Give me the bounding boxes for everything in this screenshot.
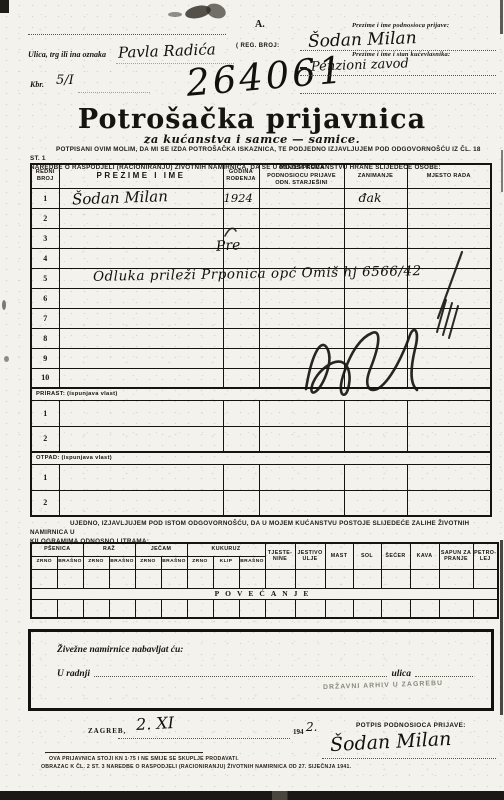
owner-line	[300, 74, 496, 76]
empty-cell	[31, 569, 57, 588]
top-left-rule	[28, 33, 226, 35]
empty-cell	[135, 569, 161, 588]
empty-cell	[223, 328, 259, 348]
member-name-handwritten: Šodan Milan	[59, 187, 167, 209]
empty-cell	[407, 464, 491, 490]
header-psenica: PŠENICA	[31, 543, 83, 556]
empty-cell	[407, 208, 491, 228]
empty-cell	[259, 400, 344, 426]
empty-cell	[407, 426, 491, 452]
empty-cell	[344, 308, 407, 328]
empty-cell	[344, 400, 407, 426]
empty-cell	[223, 400, 259, 426]
fineprint-rule	[45, 752, 203, 753]
empty-cell	[59, 490, 223, 516]
street-underline	[116, 62, 234, 64]
header-raz: RAŽ	[83, 543, 135, 556]
kbr-label: Kbr.	[30, 80, 44, 89]
empty-cell	[223, 208, 259, 228]
supplies-empty-row-2	[31, 599, 498, 618]
header-kava: KAVA	[410, 543, 439, 569]
empty-cell	[407, 288, 491, 308]
row-number: 7	[31, 308, 59, 328]
form-title: Potrošačka prijavnica	[0, 104, 504, 135]
sub-klip: KLIP	[213, 556, 239, 569]
header-mjesto-rada: MJESTO RADA	[407, 164, 491, 188]
household-row-2: 2	[31, 208, 491, 228]
empty-cell	[59, 208, 223, 228]
sub-brasno: BRAŠNO	[161, 556, 187, 569]
empty-cell	[410, 569, 439, 588]
owner-value-handwritten: Penzioni zavod	[311, 56, 409, 74]
shop-fill-line	[94, 668, 387, 677]
empty-cell	[381, 599, 410, 618]
empty-cell	[57, 599, 83, 618]
signature-line	[322, 757, 496, 759]
scan-speck	[2, 300, 6, 310]
purchase-intro: Živežne namirnice nabavljat ću:	[57, 645, 183, 655]
prirast-row-2: 2	[31, 426, 491, 452]
street-label-box: ulica	[391, 669, 411, 679]
empty-cell	[473, 569, 498, 588]
empty-cell	[473, 599, 498, 618]
header-odnos: ODNOS PREMA PODNOSIOCU PRIJAVE ODN. STAR…	[259, 164, 344, 188]
scan-bottom-band	[0, 791, 504, 800]
street-fill-line	[415, 668, 473, 677]
household-table: REDNI BROJ PREZIME I IME GODINA ROĐENJA …	[30, 163, 492, 517]
row-number: 8	[31, 328, 59, 348]
sub-brasno: BRAŠNO	[109, 556, 135, 569]
empty-cell	[213, 569, 239, 588]
header-jecam: JEČAM	[135, 543, 187, 556]
empty-cell	[161, 599, 187, 618]
empty-cell	[381, 569, 410, 588]
empty-cell	[353, 569, 381, 588]
empty-cell	[259, 328, 344, 348]
household-row-3: 3	[31, 228, 491, 248]
date-handwritten: 2. XI	[136, 713, 175, 734]
empty-cell	[59, 464, 223, 490]
empty-cell	[135, 599, 161, 618]
empty-cell	[325, 569, 353, 588]
archive-stamp: DRŽAVNI ARHIV U ZAGREBU	[323, 680, 443, 691]
sub-zrno: ZRNO	[31, 556, 57, 569]
row-number: 1	[31, 464, 59, 490]
empty-cell	[344, 228, 407, 248]
otpad-row-1: 1	[31, 464, 491, 490]
section-letter: A.	[255, 19, 265, 30]
header-kukuruz: KUKURUZ	[187, 543, 265, 556]
empty-cell	[344, 208, 407, 228]
year-printed: 194	[293, 728, 304, 736]
household-row-6: 6	[31, 288, 491, 308]
row-number: 10	[31, 368, 59, 388]
row-number: 2	[31, 426, 59, 452]
empty-cell	[344, 464, 407, 490]
sub-brasno: BRAŠNO	[57, 556, 83, 569]
shop-label: U radnji	[57, 669, 90, 679]
header-mast: MAST	[325, 543, 353, 569]
header-zanimanje: ZANIMANJE	[344, 164, 407, 188]
row-number: 3	[31, 228, 59, 248]
empty-cell	[213, 599, 239, 618]
empty-cell	[239, 569, 265, 588]
scan-smudge	[204, 1, 228, 21]
street-label: Ulica, trg ili ina oznaka	[28, 50, 106, 59]
row-number: 1	[31, 400, 59, 426]
row-number: 5	[31, 268, 59, 288]
empty-cell	[344, 348, 407, 368]
empty-cell	[325, 599, 353, 618]
city-label: ZAGREB,	[88, 727, 126, 735]
member-year-handwritten: 1924	[224, 191, 253, 205]
row-number: 6	[31, 288, 59, 308]
otpad-row-2: 2	[31, 490, 491, 516]
signature-handwritten: Šodan Milan	[330, 728, 452, 756]
sub-zrno: ZRNO	[83, 556, 109, 569]
household-header-row: REDNI BROJ PREZIME I IME GODINA ROĐENJA …	[31, 164, 491, 188]
povecanje-label: POVEĆANJE	[31, 588, 498, 599]
household-row-10: 10	[31, 368, 491, 388]
scan-speck	[4, 356, 9, 362]
header-sapun: SAPUN ZA PRANJE	[439, 543, 473, 569]
empty-cell	[407, 490, 491, 516]
prirast-row-1: 1	[31, 400, 491, 426]
scan-edge-mark	[500, 0, 503, 34]
row4-note-handwritten: Pre	[215, 237, 240, 255]
empty-cell	[407, 328, 491, 348]
spare-line	[300, 92, 496, 94]
kbr-value-handwritten: 5/I	[56, 73, 74, 88]
empty-cell	[344, 490, 407, 516]
street-value-handwritten: Pavla Radića	[118, 40, 216, 61]
empty-cell	[410, 599, 439, 618]
header-secer: ŠEĆER	[381, 543, 410, 569]
empty-cell	[239, 599, 265, 618]
row-number: 2	[31, 490, 59, 516]
empty-cell	[109, 599, 135, 618]
household-row-7: 7	[31, 308, 491, 328]
empty-cell	[353, 599, 381, 618]
empty-cell	[223, 490, 259, 516]
otpad-label: OTPAD: (ispunjava vlast)	[31, 452, 491, 464]
empty-cell	[223, 426, 259, 452]
empty-cell	[223, 348, 259, 368]
scan-edge-mark	[501, 150, 504, 192]
empty-cell	[344, 426, 407, 452]
empty-cell	[59, 248, 223, 268]
scan-corner-mark	[0, 0, 9, 13]
empty-cell	[59, 328, 223, 348]
empty-cell	[259, 228, 344, 248]
date-line	[118, 737, 290, 739]
header-redni-broj: REDNI BROJ	[31, 164, 59, 188]
empty-cell	[259, 288, 344, 308]
fineprint-line-2: OBRAZAC K ČL. 2 ST. 3 NAREDBE O RASPODJE…	[41, 764, 351, 770]
header-jestivo-ulje: JESTIVO ULJE	[295, 543, 325, 569]
sub-brasno: BRAŠNO	[239, 556, 265, 569]
reg-broj-label: ( REG. BROJ:	[236, 43, 279, 49]
empty-cell	[223, 308, 259, 328]
empty-cell	[259, 308, 344, 328]
empty-cell	[407, 400, 491, 426]
empty-cell	[59, 426, 223, 452]
empty-cell	[407, 368, 491, 388]
household-row-9: 9	[31, 348, 491, 368]
empty-cell	[265, 599, 295, 618]
row-number: 9	[31, 348, 59, 368]
empty-cell	[223, 368, 259, 388]
otpad-strip: OTPAD: (ispunjava vlast)	[31, 452, 491, 464]
scanned-form-page: A. ( REG. BROJ: 264061 Ulica, trg ili in…	[0, 0, 504, 800]
supplies-empty-row-1	[31, 569, 498, 588]
fineprint-line-1: OVA PRIJAVNICA STOJI KN 1·75 I NE SMIJE …	[49, 756, 239, 762]
empty-cell	[59, 368, 223, 388]
member-relation-cell	[259, 188, 344, 208]
empty-cell	[59, 400, 223, 426]
member-workplace-cell	[407, 188, 491, 208]
pen-dash-artifact	[300, 67, 307, 69]
empty-cell	[407, 348, 491, 368]
household-row-1: 1 Šodan Milan 1924 đak	[31, 188, 491, 208]
member-occupation-handwritten: đak	[345, 190, 382, 205]
empty-cell	[344, 328, 407, 348]
year-handwritten: 2.	[306, 720, 317, 734]
row-number: 1	[31, 188, 59, 208]
header-godina-rodjenja: GODINA ROĐENJA	[223, 164, 259, 188]
supplies-intro-line-1: UJEDNO, IZJAVLJUJEM POD ISTOM ODGOVORNOŠ…	[30, 519, 490, 537]
empty-cell	[59, 348, 223, 368]
kbr-underline	[78, 91, 150, 93]
empty-cell	[59, 228, 223, 248]
supplies-table: PŠENICA RAŽ JEČAM KUKURUZ TJESTE-NINE JE…	[30, 542, 499, 619]
sub-zrno: ZRNO	[135, 556, 161, 569]
form-subtitle: za kućanstva i samce — samice.	[0, 132, 504, 146]
empty-cell	[407, 228, 491, 248]
empty-cell	[187, 599, 213, 618]
empty-cell	[439, 599, 473, 618]
empty-cell	[344, 288, 407, 308]
row-number: 4	[31, 248, 59, 268]
empty-cell	[83, 569, 109, 588]
prirast-strip: PRIRAST: (ispunjava vlast)	[31, 388, 491, 400]
sub-zrno: ZRNO	[187, 556, 213, 569]
supplies-group-header-row: PŠENICA RAŽ JEČAM KUKURUZ TJESTE-NINE JE…	[31, 543, 498, 556]
empty-cell	[259, 490, 344, 516]
empty-cell	[439, 569, 473, 588]
empty-cell	[59, 288, 223, 308]
row-number: 2	[31, 208, 59, 228]
header-sol: SOL	[353, 543, 381, 569]
empty-cell	[259, 348, 344, 368]
declaration-line-1: POTPISANI OVIM MOLIM, DA MI SE IZDA POTR…	[30, 145, 490, 163]
empty-cell	[259, 426, 344, 452]
scan-edge-mark	[500, 540, 504, 715]
povecanje-row: POVEĆANJE	[31, 588, 498, 599]
empty-cell	[161, 569, 187, 588]
empty-cell	[109, 569, 135, 588]
scan-smudge	[168, 12, 182, 17]
empty-cell	[295, 599, 325, 618]
header-tjestenine: TJESTE-NINE	[265, 543, 295, 569]
empty-cell	[187, 569, 213, 588]
household-row-8: 8	[31, 328, 491, 348]
prirast-label: PRIRAST: (ispunjava vlast)	[31, 388, 491, 400]
empty-cell	[59, 308, 223, 328]
empty-cell	[223, 464, 259, 490]
empty-cell	[83, 599, 109, 618]
empty-cell	[259, 368, 344, 388]
empty-cell	[407, 308, 491, 328]
empty-cell	[31, 599, 57, 618]
empty-cell	[295, 569, 325, 588]
empty-cell	[265, 569, 295, 588]
empty-cell	[259, 208, 344, 228]
empty-cell	[57, 569, 83, 588]
header-prezime-i-ime: PREZIME I IME	[59, 164, 223, 188]
purchase-box: Živežne namirnice nabavljat ću: U radnji…	[28, 629, 494, 711]
header-petrolej: PETRO-LEJ	[473, 543, 498, 569]
empty-cell	[344, 368, 407, 388]
empty-cell	[259, 464, 344, 490]
empty-cell	[223, 288, 259, 308]
